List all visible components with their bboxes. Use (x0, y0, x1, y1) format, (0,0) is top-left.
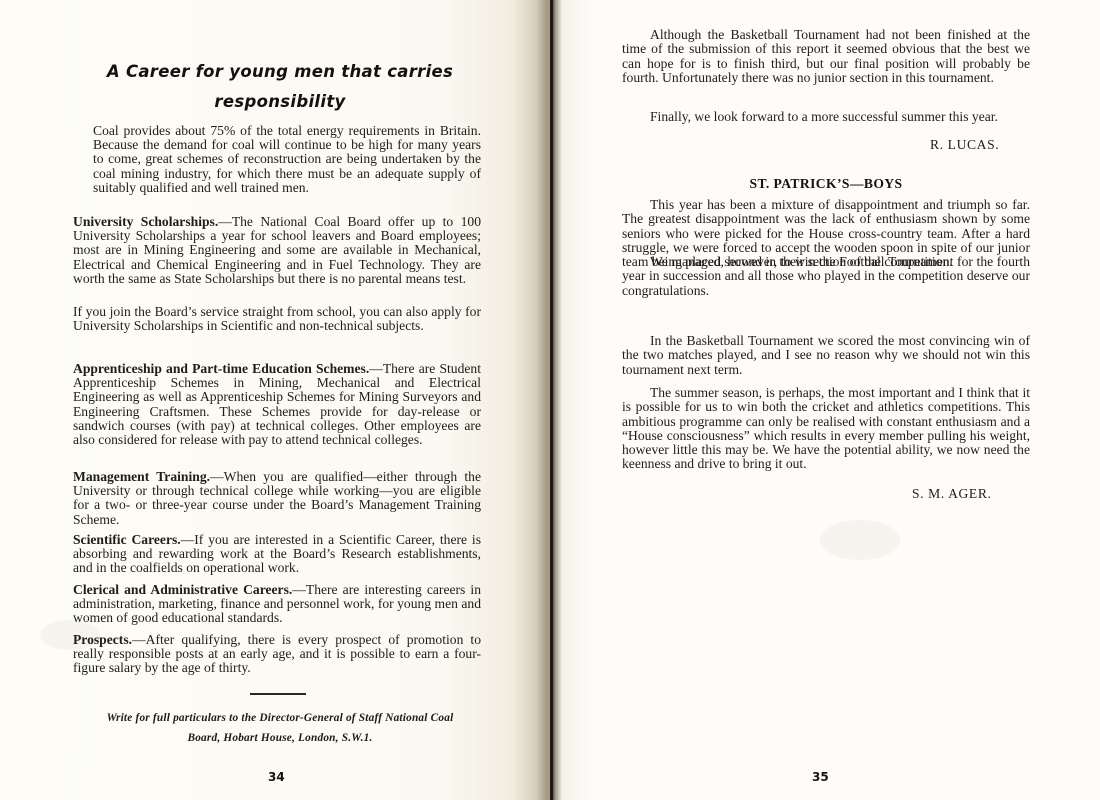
basketball-report-paragraph: Although the Basketball Tournament had n… (622, 28, 1030, 85)
st-patricks-paragraph-2: We managed, however, to win the Football… (622, 255, 1030, 298)
signature-lucas: R. LUCAS. (930, 137, 999, 153)
st-patricks-paragraph-3: In the Basketball Tournament we scored t… (622, 334, 1030, 377)
intro-paragraph: Coal provides about 75% of the total ene… (93, 124, 481, 195)
book-spread: A Career for young men that carries resp… (0, 0, 1100, 800)
section-prospects: Prospects.—After qualifying, there is ev… (73, 633, 481, 676)
section-scientific-careers: Scientific Careers.—If you are intereste… (73, 533, 481, 576)
section-text: —After qualifying, there is every prospe… (73, 632, 481, 675)
closing-paragraph: Finally, we look forward to a more succe… (622, 110, 1030, 124)
signature-ager: S. M. AGER. (912, 486, 992, 502)
section-heading: Prospects. (73, 632, 132, 647)
section-text: If you join the Board’s service straight… (73, 304, 481, 333)
page-number-left: 34 (268, 770, 285, 784)
section-heading: University Scholarships. (73, 214, 218, 229)
section-management-training: Management Training.—When you are qualif… (73, 470, 481, 527)
book-spine (550, 0, 553, 800)
section-heading: Management Training. (73, 469, 210, 484)
section-university-scholarships: University Scholarships.—The National Co… (73, 215, 481, 286)
section-heading: Clerical and Administrative Careers. (73, 582, 292, 597)
section-heading: Scientific Careers. (73, 532, 181, 547)
section-apprenticeship: Apprenticeship and Part-time Education S… (73, 362, 481, 447)
contact-note: Write for full particulars to the Direct… (70, 708, 490, 748)
section-heading: Apprenticeship and Part-time Education S… (73, 361, 369, 376)
page-number-right: 35 (812, 770, 829, 784)
st-patricks-paragraph-4: The summer season, is perhaps, the most … (622, 386, 1030, 472)
section-clerical-careers: Clerical and Administrative Careers.—The… (73, 583, 481, 626)
divider-rule (250, 693, 306, 695)
paper-stain (820, 520, 900, 560)
section-join-board: If you join the Board’s service straight… (73, 305, 481, 333)
contact-note-line-2: Board, Hobart House, London, S.W.1. (70, 728, 490, 748)
section-heading-st-patricks: ST. PATRICK’S—BOYS (622, 176, 1030, 192)
contact-note-line-1: Write for full particulars to the Direct… (70, 708, 490, 728)
advert-title: A Career for young men that carries resp… (90, 57, 470, 117)
